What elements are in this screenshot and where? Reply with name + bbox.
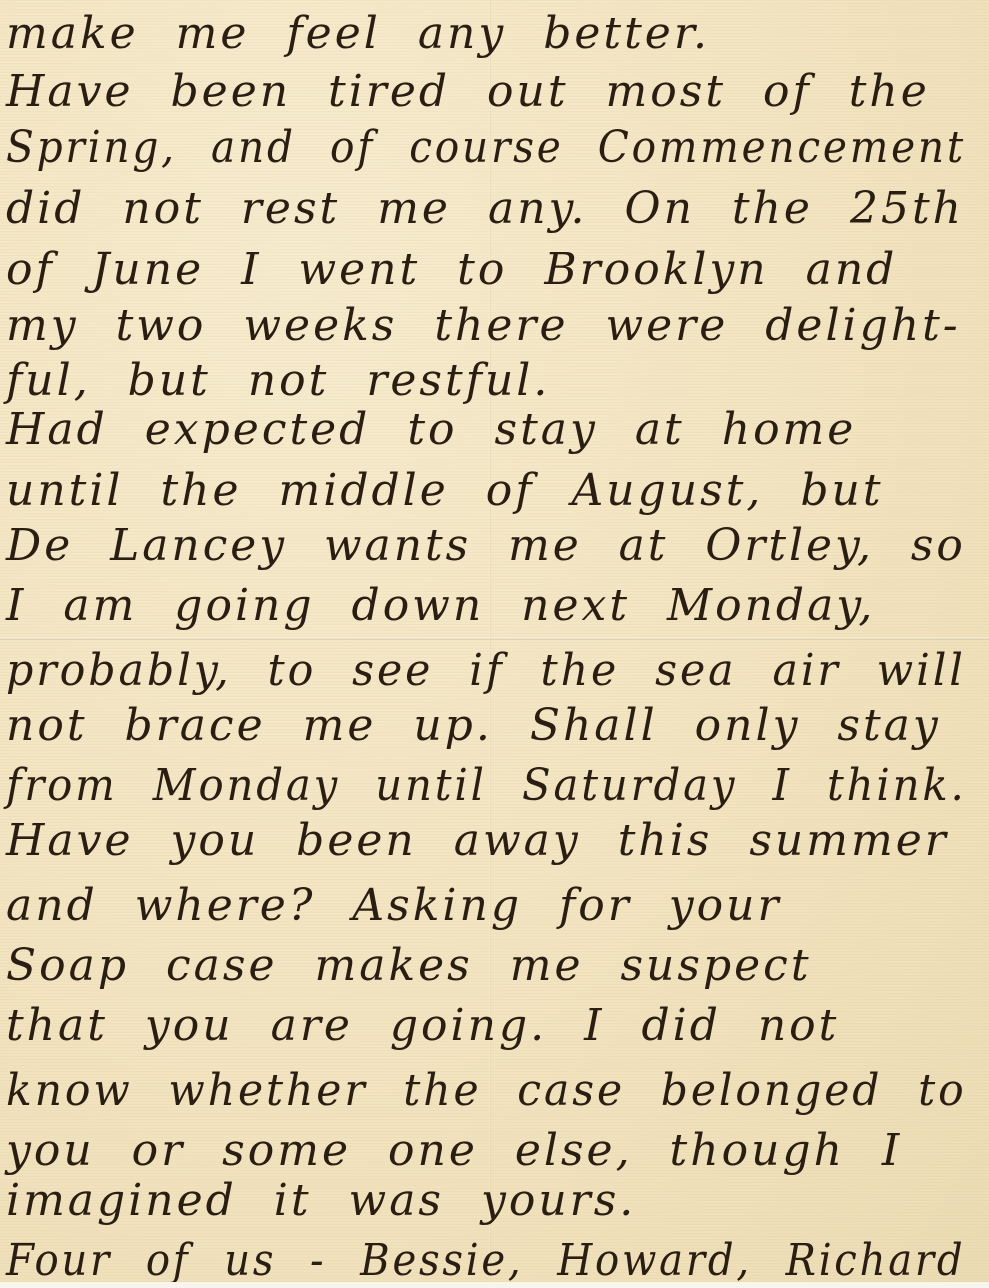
letter-line: imagined it was yours.: [6, 1175, 636, 1226]
letter-line: and where? Asking for your: [6, 880, 782, 931]
scan-margin: [0, 1282, 989, 1288]
letter-line: did not rest me any. On the 25th: [6, 183, 964, 234]
letter-line: Have you been away this summer: [6, 815, 949, 866]
horizontal-fold-line: [0, 637, 989, 640]
letter-line: until the middle of August, but: [6, 465, 884, 516]
letter-line: Have been tired out most of the: [6, 66, 930, 117]
letter-line: ful, but not restful.: [6, 355, 550, 406]
letter-line: you or some one else, though I: [6, 1125, 902, 1176]
letter-line: from Monday until Saturday I think.: [6, 760, 967, 811]
letter-line: not brace me up. Shall only stay: [6, 700, 941, 751]
letter-page: make me feel any better. Have been tired…: [0, 0, 989, 1282]
letter-line: Soap case makes me suspect: [6, 940, 812, 991]
letter-line: I am going down next Monday,: [6, 580, 875, 631]
letter-line: make me feel any better.: [6, 8, 710, 59]
letter-line: De Lancey wants me at Ortley, so: [6, 520, 966, 571]
letter-line: my two weeks there were delight-: [6, 300, 961, 351]
letter-line: Spring, and of course Commencement: [6, 122, 966, 173]
letter-line: Had expected to stay at home: [6, 404, 856, 455]
letter-line: Four of us - Bessie, Howard, Richard: [6, 1235, 965, 1282]
letter-line: that you are going. I did not: [6, 1000, 839, 1051]
letter-line: probably, to see if the sea air will: [6, 645, 966, 696]
letter-line: know whether the case belonged to: [6, 1065, 967, 1116]
letter-line: of June I went to Brooklyn and: [6, 244, 897, 295]
